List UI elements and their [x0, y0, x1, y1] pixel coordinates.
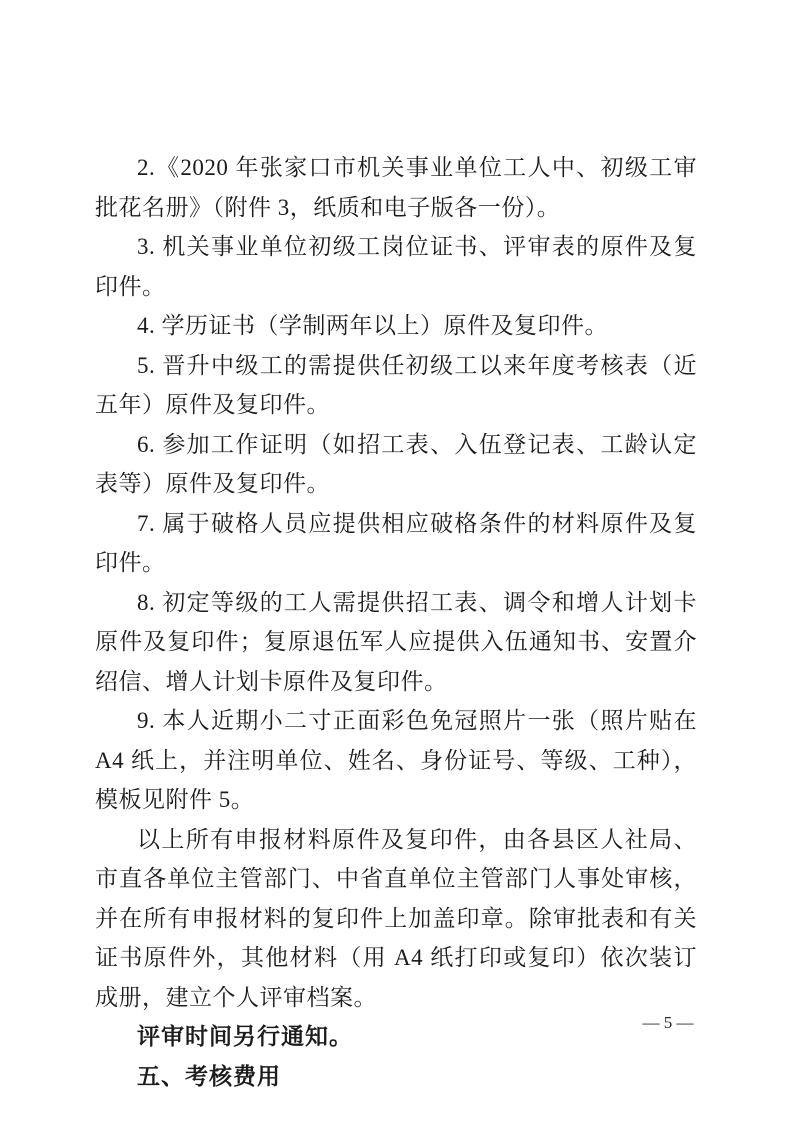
section-heading: 五、考核费用 — [95, 1057, 697, 1097]
paragraph-summary: 以上所有申报材料原件及复印件，由各县区人社局、市直各单位主管部门、中省直单位主管… — [95, 820, 697, 1018]
paragraph-item-2: 2.《2020 年张家口市机关事业单位工人中、初级工审批花名册》（附件 3，纸质… — [95, 148, 697, 227]
paragraph-item-9: 9. 本人近期小二寸正面彩色免冠照片一张（照片贴在 A4 纸上，并注明单位、姓名… — [95, 701, 697, 820]
page-number: — 5 — — [628, 1013, 708, 1033]
paragraph-item-6: 6. 参加工作证明（如招工表、入伍登记表、工龄认定表等）原件及复印件。 — [95, 425, 697, 504]
paragraph-item-7: 7. 属于破格人员应提供相应破格条件的材料原件及复印件。 — [95, 504, 697, 583]
notice-line: 评审时间另行通知。 — [95, 1017, 697, 1057]
document-page: 2.《2020 年张家口市机关事业单位工人中、初级工审批花名册》（附件 3，纸质… — [0, 0, 793, 1122]
paragraph-item-5: 5. 晋升中级工的需提供任初级工以来年度考核表（近五年）原件及复印件。 — [95, 346, 697, 425]
paragraph-item-3: 3. 机关事业单位初级工岗位证书、评审表的原件及复印件。 — [95, 227, 697, 306]
paragraph-item-8: 8. 初定等级的工人需提供招工表、调令和增人计划卡原件及复印件；复原退伍军人应提… — [95, 583, 697, 702]
document-body: 2.《2020 年张家口市机关事业单位工人中、初级工审批花名册》（附件 3，纸质… — [95, 148, 697, 1096]
paragraph-item-4: 4. 学历证书（学制两年以上）原件及复印件。 — [95, 306, 697, 346]
